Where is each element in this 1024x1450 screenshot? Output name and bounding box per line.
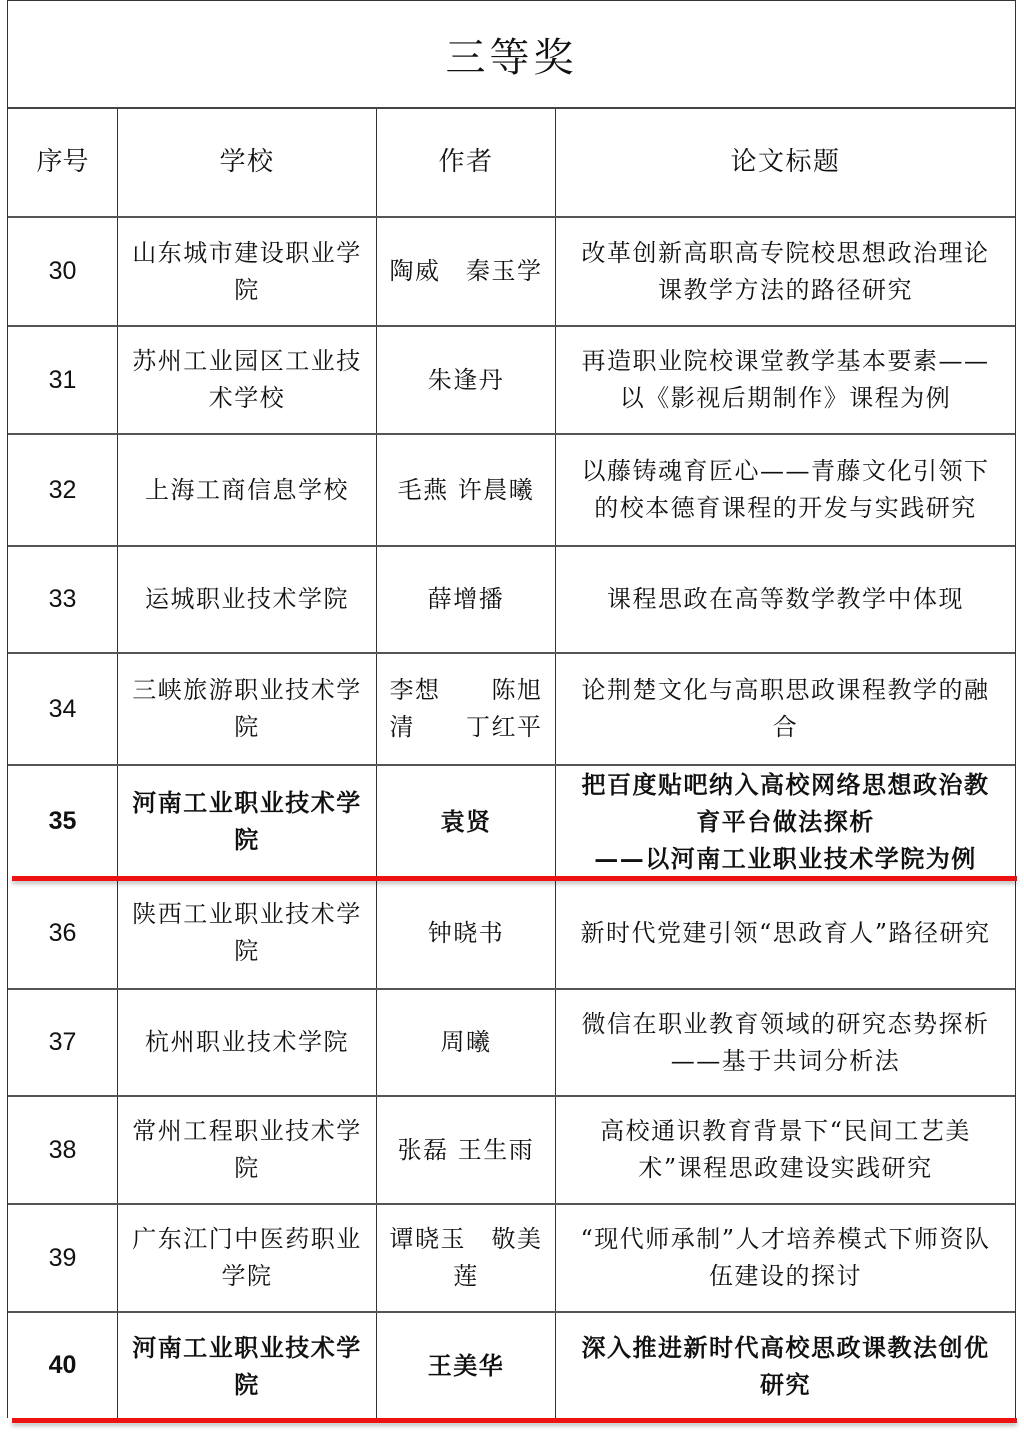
table-header-row: 序号 学校 作者 论文标题: [8, 109, 1015, 218]
row-school: 上海工商信息学校: [118, 435, 377, 545]
row-number: 30: [8, 218, 118, 325]
header-author: 作者: [377, 109, 556, 216]
header-paper-title: 论文标题: [556, 109, 1015, 216]
row-number: 32: [8, 435, 118, 545]
row-number: 39: [8, 1205, 118, 1311]
row-paper-title: 微信在职业教育领域的研究态势探析——基于共词分析法: [556, 990, 1015, 1095]
row-paper-title: 课程思政在高等数学教学中体现: [556, 547, 1015, 652]
table-row: 30 山东城市建设职业学院 陶威 秦玉学 改革创新高职高专院校思想政治理论课教学…: [8, 218, 1015, 327]
row-school: 陕西工业职业技术学院: [118, 878, 377, 988]
row-author: 袁贤: [377, 766, 556, 876]
row-school: 山东城市建设职业学院: [118, 218, 377, 325]
row-number: 38: [8, 1097, 118, 1203]
row-school: 广东江门中医药职业学院: [118, 1205, 377, 1311]
row-author: 谭晓玉 敬美莲: [377, 1205, 556, 1311]
table-row: 38 常州工程职业技术学院 张磊 王生雨 高校通识教育背景下“民间工艺美术”课程…: [8, 1097, 1015, 1205]
row-number: 34: [8, 654, 118, 764]
row-author: 毛燕 许晨曦: [377, 435, 556, 545]
row-paper-title: 再造职业院校课堂教学基本要素——以《影视后期制作》课程为例: [556, 327, 1015, 433]
row-author: 陶威 秦玉学: [377, 218, 556, 325]
row-paper-title: “现代师承制”人才培养模式下师资队伍建设的探讨: [556, 1205, 1015, 1311]
row-number: 37: [8, 990, 118, 1095]
row-school: 常州工程职业技术学院: [118, 1097, 377, 1203]
row-number: 31: [8, 327, 118, 433]
table-row: 31 苏州工业园区工业技术学校 朱逢丹 再造职业院校课堂教学基本要素——以《影视…: [8, 327, 1015, 435]
table-row-highlighted: 35 河南工业职业技术学院 袁贤 把百度贴吧纳入高校网络思想政治教育平台做法探析…: [8, 766, 1015, 876]
row-paper-title: 高校通识教育背景下“民间工艺美术”课程思政建设实践研究: [556, 1097, 1015, 1203]
table-row: 32 上海工商信息学校 毛燕 许晨曦 以藤铸魂育匠心——青藤文化引领下的校本德育…: [8, 435, 1015, 547]
row-number: 40: [8, 1313, 118, 1418]
row-school: 三峡旅游职业技术学院: [118, 654, 377, 764]
row-school: 河南工业职业技术学院: [118, 1313, 377, 1418]
row-school: 河南工业职业技术学院: [118, 766, 377, 876]
table-row: 36 陕西工业职业技术学院 钟晓书 新时代党建引领“思政育人”路径研究: [8, 878, 1015, 990]
row-author: 李想 陈旭清 丁红平: [377, 654, 556, 764]
header-school: 学校: [118, 109, 377, 216]
row-paper-title: 改革创新高职高专院校思想政治理论课教学方法的路径研究: [556, 218, 1015, 325]
row-number: 36: [8, 878, 118, 988]
award-table: 三等奖 序号 学校 作者 论文标题 30 山东城市建设职业学院 陶威 秦玉学 改…: [7, 0, 1016, 1418]
row-school: 杭州职业技术学院: [118, 990, 377, 1095]
row-school: 运城职业技术学院: [118, 547, 377, 652]
table-row: 34 三峡旅游职业技术学院 李想 陈旭清 丁红平 论荆楚文化与高职思政课程教学的…: [8, 654, 1015, 766]
row-number: 33: [8, 547, 118, 652]
row-school: 苏州工业园区工业技术学校: [118, 327, 377, 433]
table-row: 39 广东江门中医药职业学院 谭晓玉 敬美莲 “现代师承制”人才培养模式下师资队…: [8, 1205, 1015, 1313]
row-paper-title: 深入推进新时代高校思政课教法创优研究: [556, 1313, 1015, 1418]
table-row-highlighted: 40 河南工业职业技术学院 王美华 深入推进新时代高校思政课教法创优研究: [8, 1313, 1015, 1418]
row-paper-title: 以藤铸魂育匠心——青藤文化引领下的校本德育课程的开发与实践研究: [556, 435, 1015, 545]
row-author: 王美华: [377, 1313, 556, 1418]
table-row: 37 杭州职业技术学院 周曦 微信在职业教育领域的研究态势探析——基于共词分析法: [8, 990, 1015, 1097]
table-title-row: 三等奖: [8, 1, 1015, 109]
row-number: 35: [8, 766, 118, 876]
row-author: 钟晓书: [377, 878, 556, 988]
table-row: 33 运城职业技术学院 薛增播 课程思政在高等数学教学中体现: [8, 547, 1015, 654]
row-paper-title: 论荆楚文化与高职思政课程教学的融合: [556, 654, 1015, 764]
row-author: 朱逢丹: [377, 327, 556, 433]
row-author: 张磊 王生雨: [377, 1097, 556, 1203]
row-paper-title: 新时代党建引领“思政育人”路径研究: [556, 878, 1015, 988]
row-author: 薛增播: [377, 547, 556, 652]
row-paper-title: 把百度贴吧纳入高校网络思想政治教育平台做法探析 ——以河南工业职业技术学院为例: [556, 766, 1015, 876]
header-number: 序号: [8, 109, 118, 216]
award-title: 三等奖: [446, 26, 578, 83]
row-author: 周曦: [377, 990, 556, 1095]
